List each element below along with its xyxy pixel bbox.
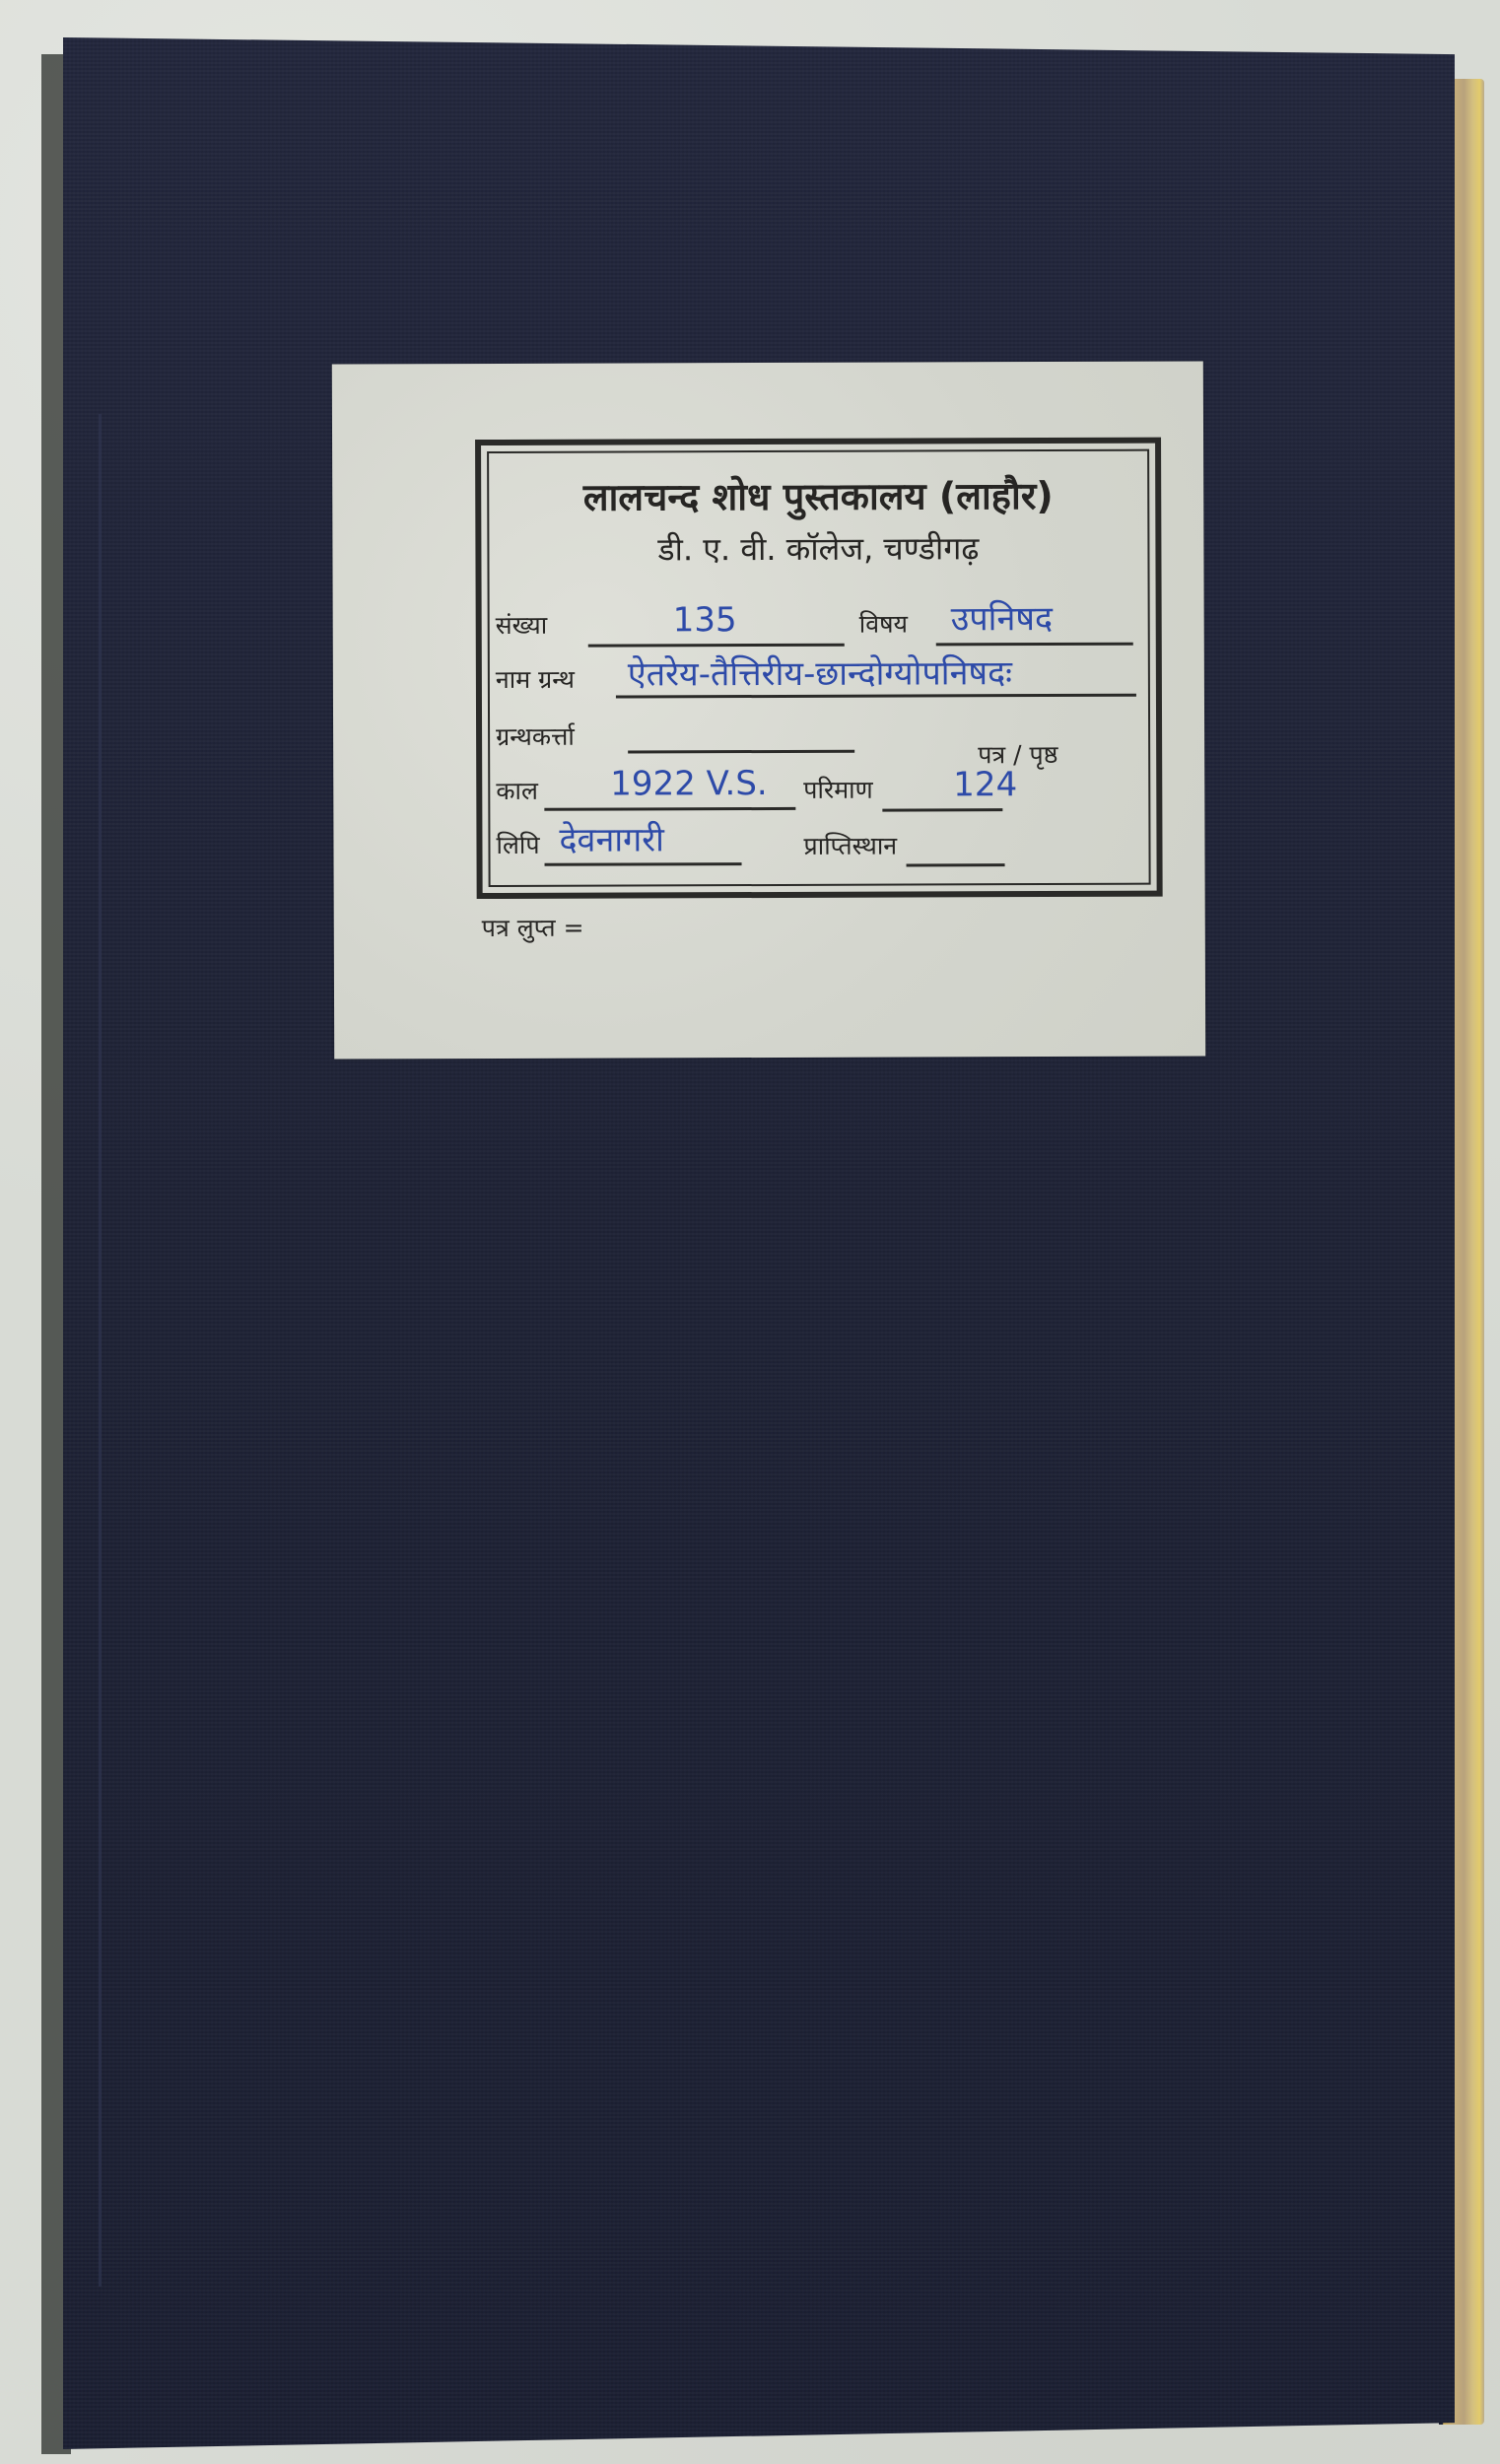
extent-label: परिमाण bbox=[803, 773, 873, 806]
missing-leaves-note: पत्र लुप्त = bbox=[482, 911, 584, 944]
script-label: लिपि bbox=[496, 828, 539, 861]
title-label: नाम ग्रन्थ bbox=[496, 662, 575, 696]
source-label: प्राप्तिस्थान bbox=[803, 829, 897, 862]
library-name: लालचन्द शोध पुस्तकालय (लाहौर) bbox=[489, 469, 1147, 522]
period-value: 1922 V.S. bbox=[610, 764, 768, 804]
script-value: देवनागरी bbox=[559, 815, 664, 860]
label-border: लालचन्द शोध पुस्तकालय (लाहौर) डी. ए. वी.… bbox=[475, 438, 1163, 899]
catalog-label: लालचन्द शोध पुस्तकालय (लाहौर) डी. ए. वी.… bbox=[332, 361, 1205, 1059]
author-label: ग्रन्थकर्त्ता bbox=[496, 719, 575, 753]
subject-value: उपनिषद bbox=[951, 594, 1053, 640]
institution-name: डी. ए. वी. कॉलेज, चण्डीगढ़ bbox=[489, 526, 1147, 571]
number-value: 135 bbox=[673, 600, 737, 640]
period-label: काल bbox=[496, 774, 538, 807]
extent-value: 124 bbox=[953, 765, 1017, 804]
spine-crease bbox=[99, 414, 102, 2287]
number-label: संख्या bbox=[496, 608, 548, 642]
title-value: ऐतरेय-तैत्तिरीय-छान्दोग्योपनिषदः bbox=[628, 649, 1012, 695]
subject-label: विषय bbox=[859, 607, 908, 641]
